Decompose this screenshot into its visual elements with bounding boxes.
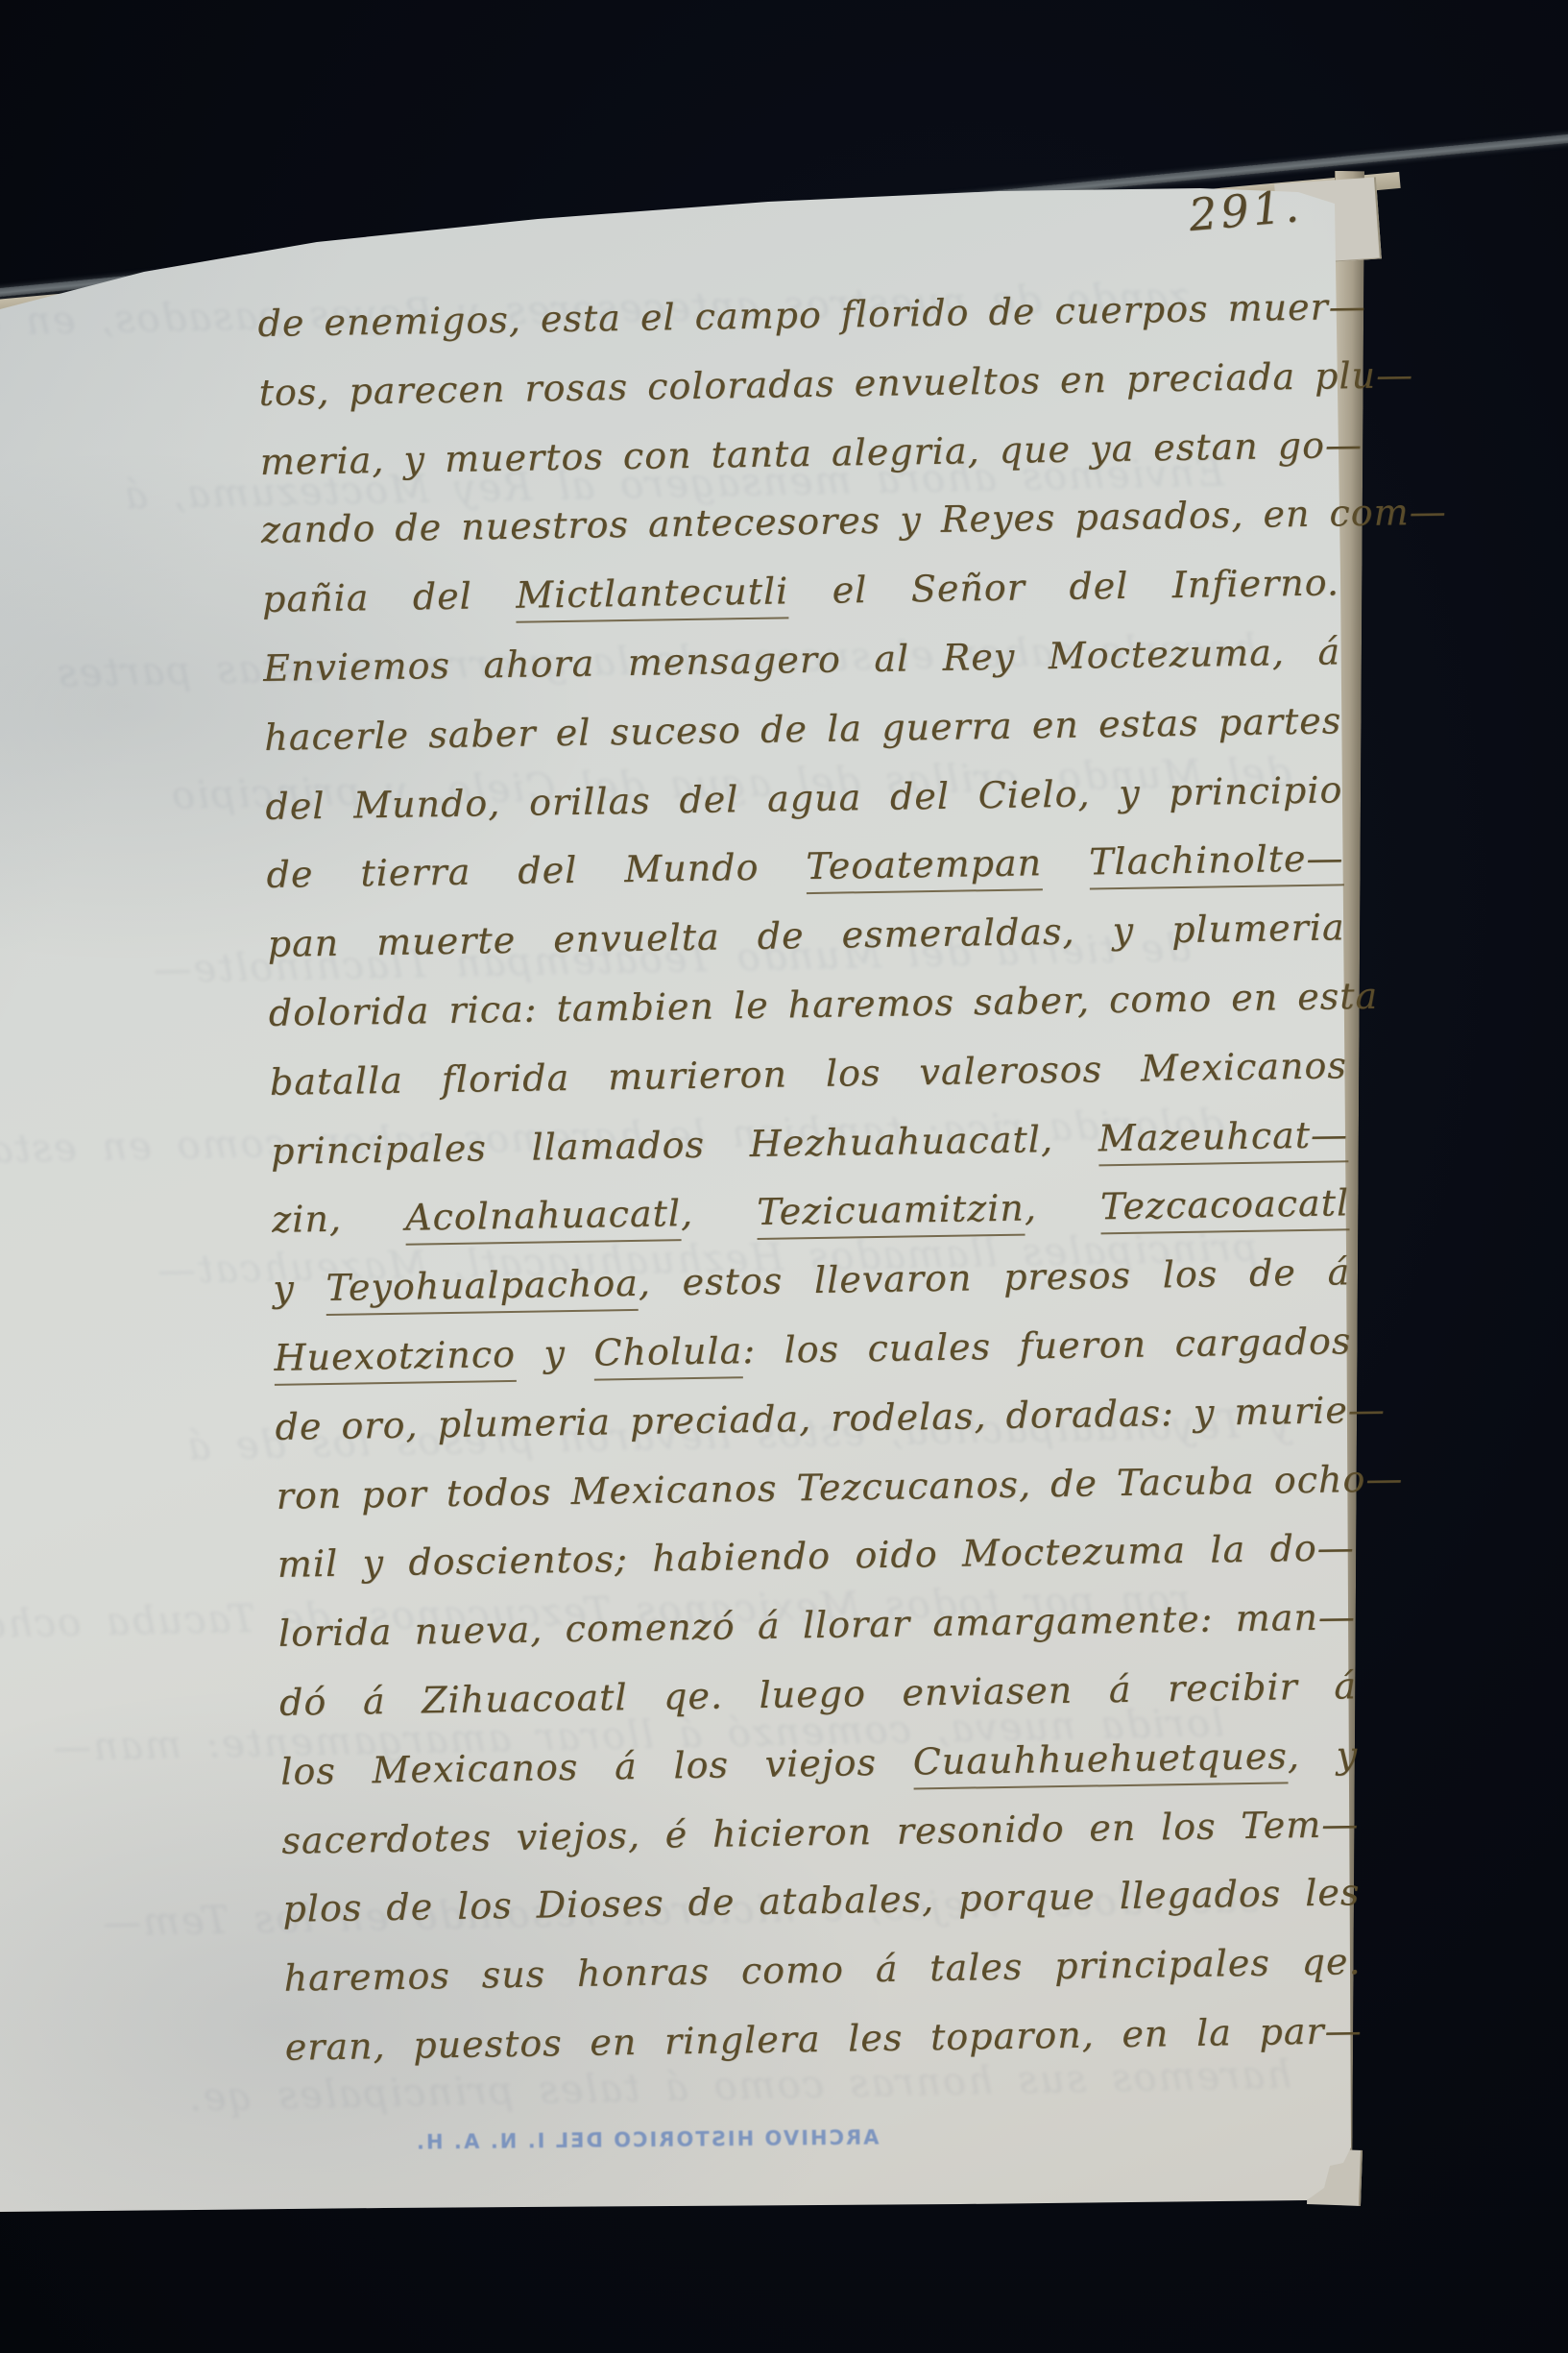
text-segment: pañia del <box>262 574 517 620</box>
text-segment: zin, <box>272 1197 406 1241</box>
text-segment: y <box>516 1332 594 1375</box>
text-segment: zando de nuestros antecesores y Reyes pa… <box>261 491 1447 551</box>
text-segment: el Señor del Infierno. <box>788 562 1339 613</box>
underlined-name: Tlachinolte— <box>1089 837 1344 890</box>
text-segment: dolorida rica: tambien le haremos saber,… <box>268 975 1378 1034</box>
text-segment: pan muerte envuelta de esmeraldas, y plu… <box>267 906 1345 965</box>
text-segment: hacerle saber el suceso de la guerra en … <box>264 699 1342 759</box>
text-segment: meria, y muertos con tanta alegria, que … <box>259 424 1363 483</box>
text-segment: los Mexicanos á los viejos <box>280 1740 913 1792</box>
underlined-name: Mictlantecutli <box>516 570 789 623</box>
text-segment: del Mundo, orillas del agua del Cielo, y… <box>265 768 1343 828</box>
underlined-name: Tezicuamitzin <box>757 1187 1025 1240</box>
text-segment <box>1042 841 1090 885</box>
underlined-name: Tezcacoacatl <box>1100 1182 1350 1235</box>
text-segment: batalla florida murieron los valerosos M… <box>270 1044 1348 1104</box>
text-segment: : los cuales fueron cargados <box>742 1320 1352 1371</box>
text-segment: de tierra del Mundo <box>266 845 807 896</box>
text-segment: plos de los Dioses de atabales, porque l… <box>282 1871 1361 1930</box>
underlined-name: Acolnahuacatl <box>405 1193 682 1246</box>
manuscript-text: de enemigos, esta el campo florido de cu… <box>257 273 1363 2082</box>
text-segment: eran, puestos en ringlera les toparon, e… <box>284 2009 1363 2069</box>
text-segment: , y <box>1287 1734 1358 1777</box>
archive-stamp: ARCHIVO HISTORICO DEL I. N. A. H. <box>415 2125 880 2153</box>
manuscript-scan: zando de nuestros antecesores y Reyes pa… <box>0 0 1568 2353</box>
text-segment: , <box>681 1191 758 1234</box>
underlined-name: Cuauhhuehuetques <box>912 1734 1288 1789</box>
text-segment: tos, parecen rosas coloradas envueltos e… <box>258 353 1413 414</box>
text-segment: Enviemos ahora mensagero al Rey Moctezum… <box>263 630 1341 690</box>
text-segment: sacerdotes viejos, é hicieron resonido e… <box>281 1803 1360 1862</box>
text-segment: lorida nueva, comenzó á llorar amargamen… <box>278 1595 1357 1655</box>
text-segment: y <box>273 1267 326 1310</box>
text-segment: de oro, plumeria preciada, rodelas, dora… <box>275 1388 1386 1447</box>
text-segment: de enemigos, esta el campo florido de cu… <box>257 285 1366 345</box>
text-segment: haremos sus honras como á tales principa… <box>283 1940 1362 2000</box>
text-segment: , estos llevaron presos los de á <box>638 1250 1350 1304</box>
underlined-name: Huexotzinco <box>274 1333 516 1386</box>
underlined-name: Mazeuhcat— <box>1098 1113 1348 1166</box>
page-number: 291. <box>1187 180 1305 241</box>
text-segment: principales llamados Hezhuahuacatl, <box>271 1117 1098 1173</box>
underlined-name: Teoatempan <box>806 842 1042 895</box>
text-segment: mil y doscientos; habiendo oido Moctezum… <box>277 1527 1356 1587</box>
text-segment: , <box>1024 1186 1100 1229</box>
text-segment: dó á Zihuacoatl qe. luego enviasen á rec… <box>279 1664 1358 1724</box>
underlined-name: Teyohualpachoa <box>326 1262 639 1316</box>
text-segment: ron por todos Mexicanos Tezcucanos, de T… <box>276 1457 1403 1516</box>
underlined-name: Cholula <box>593 1329 743 1380</box>
